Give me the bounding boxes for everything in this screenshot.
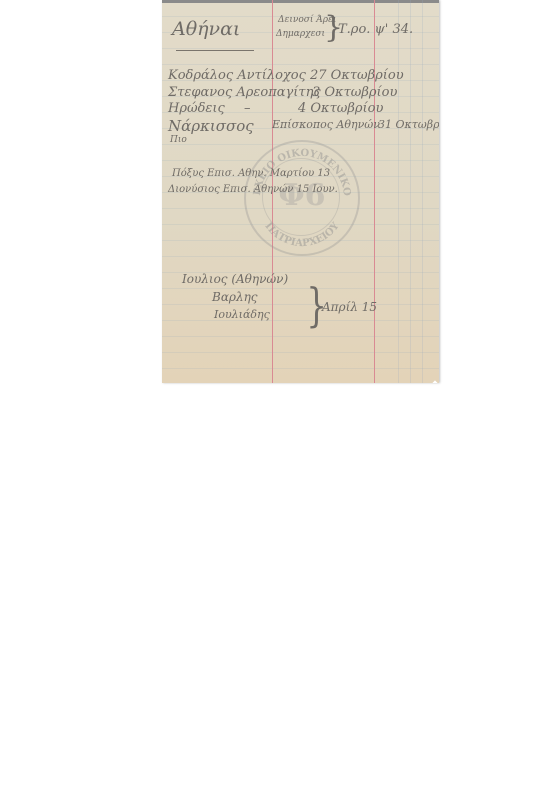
svg-text:ΠΑΤΡΙΑΡΧΕΙΟΥ: ΠΑΤΡΙΑΡΧΕΙΟΥ	[262, 220, 342, 249]
place-heading: Αθήναι	[172, 18, 240, 40]
entry-5-name: Πιο	[170, 135, 187, 145]
entry-4-place: Επίσκοπος Αθηνών	[272, 118, 380, 131]
bottom-name-3: Ιουλιάδης	[214, 308, 270, 321]
ruled-column	[422, 0, 423, 383]
entry-1-date: 27 Οκτωβρίου	[310, 68, 404, 83]
entry-1-name: Κοδράλος Αντίλοχος	[168, 68, 306, 83]
entry-2-name: Στεφανος Αρεοπαγίτης	[168, 85, 321, 100]
entry-4-name: Νάρκισσος	[168, 117, 254, 135]
entry-3-name: Ηρώδεις	[168, 101, 225, 116]
heading-underline	[176, 50, 254, 51]
ruled-column	[398, 0, 399, 383]
folded-corner	[429, 380, 439, 383]
entry-4-date: 31 Οκτωβρίου	[378, 118, 439, 131]
middle-entry-2: Διονύσιος Επισ. Αθηνών 15 Ιουν.	[168, 184, 338, 195]
bottom-name-1: Ιουλιος (Αθηνών)	[182, 272, 288, 286]
bottom-name-2: Βαρλης	[212, 290, 258, 304]
entry-3-date: 4 Οκτωβρίου	[298, 101, 383, 116]
middle-entry-1: Πόξυς Επισ. Αθην. Μαρτίου 13	[172, 168, 330, 179]
document-page: ΑΡΧΕΙΟ ΟΙΚΟΥΜΕΝΙΚΟΥ ΠΑΤΡΙΑΡΧΕΙΟΥ Φ6 Αθήν…	[162, 0, 439, 383]
archive-stamp: ΑΡΧΕΙΟ ΟΙΚΟΥΜΕΝΙΚΟΥ ΠΑΤΡΙΑΡΧΕΙΟΥ Φ6	[244, 140, 360, 256]
entry-2-date: 3 Οκτωβρίου	[312, 85, 397, 100]
ruled-column	[410, 0, 411, 383]
header-reference: Τ.ρο. ψ' 34.	[338, 22, 413, 37]
right-margin-rule	[374, 0, 375, 383]
entry-3-place: –	[244, 101, 251, 116]
header-note-2: Δημαρχεσι	[276, 29, 325, 39]
bottom-bracket-note: Απρίλ 15	[322, 300, 377, 314]
